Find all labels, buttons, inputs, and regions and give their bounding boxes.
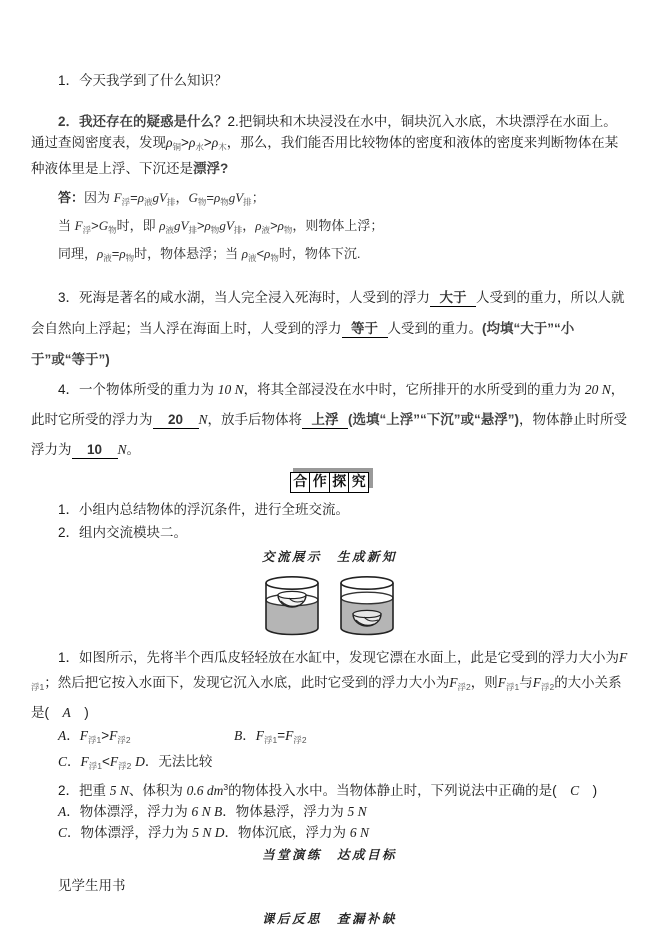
cooperative-items: 1．小组内总结物体的浮沉条件，进行全班交流。 2．组内交流模块二。 (31, 498, 628, 544)
header-char-4: 究 (348, 472, 369, 493)
ex1-option-a: A．F浮1>F浮2 (58, 725, 234, 751)
q4-text-2: N，放手后物体将 (199, 412, 303, 427)
header-char-1: 合 (290, 472, 311, 493)
formula-line-1: 因为 F浮=ρ液gV排，G物=ρ物gV排； (84, 190, 265, 205)
beaker-watermelon-floating-image (261, 574, 323, 638)
q3-blank-answer-2: 等于 (342, 321, 388, 338)
q4-blank-answer-1: 20 (153, 412, 199, 429)
answer-line-1: 答：因为 F浮=ρ液gV排，G物=ρ物gV排； (58, 186, 628, 214)
beaker-figure (31, 574, 628, 638)
q3-blank-answer-1: 大于 (430, 290, 476, 307)
ex1-options-ab: A．F浮1>F浮2B．F浮1=F浮2 (31, 725, 628, 751)
reflect-question-2: 2．我还存在的疑惑是什么？2.把铜块和木块浸没在水中，铜块沉入水底，木块漂浮在水… (31, 111, 628, 179)
q4-blank-answer-2: 上浮 (302, 412, 348, 429)
header-char-3: 探 (329, 472, 350, 493)
script-header-reflect: 课后反思 查漏补缺 (31, 909, 628, 930)
script-header-practice: 当堂演练 达成目标 (31, 845, 628, 866)
ex1-option-b: B．F浮1=F浮2 (234, 728, 307, 743)
beaker-watermelon-sunken-image (336, 574, 398, 638)
q3-text-3: 人受到的重力。 (388, 321, 483, 336)
reflect-question-1: 1．今天我学到了什么知识？ (31, 70, 628, 91)
ex1-options-cd: C．F浮1<F浮2 D．无法比较 (31, 751, 628, 777)
boxed-header: 合 作 探 究 (290, 472, 370, 493)
section-header-cooperative-inquiry: 合 作 探 究 (31, 471, 628, 493)
question-4: 4．一个物体所受的重力为 10 N，将其全部浸没在水中时，它所排开的水所受到的重… (31, 375, 628, 465)
answer-line-3: 同理，ρ液=ρ物时，物体悬浮；当 ρ液<ρ物时，物体下沉. (58, 242, 628, 270)
reflect-q2-heading: 2．我还存在的疑惑是什么？ (58, 114, 228, 129)
q4-text-4: N。 (118, 442, 141, 457)
formula-line-2: 当 F浮>G物时，即 ρ液gV排>ρ物gV排，ρ液>ρ物，则物体上浮； (58, 218, 383, 233)
ex2-options-cd: C．物体漂浮，浮力为 5 N D．物体沉底，浮力为 6 N (31, 822, 628, 843)
formula-line-3: 同理，ρ液=ρ物时，物体悬浮；当 ρ液<ρ物时，物体下沉. (58, 246, 361, 261)
header-char-2: 作 (309, 472, 330, 493)
ex2-options-ab: A．物体漂浮，浮力为 6 N B．物体悬浮，浮力为 5 N (31, 801, 628, 822)
question-3: 3．死海是著名的咸水湖，当人完全浸入死海时，人受到的浮力大于人受到的重力，所以人… (31, 282, 628, 375)
ex2-option-ab: A．物体漂浮，浮力为 6 N B．物体悬浮，浮力为 5 N (58, 804, 367, 819)
answer-line-2: 当 F浮>G物时，即 ρ液gV排>ρ物gV排，ρ液>ρ物，则物体上浮； (58, 214, 628, 242)
q4-blank-answer-3: 10 (72, 442, 118, 459)
ex2-body: 2．把重 5 N、体积为 0.6 dm3的物体投入水中。当物体静止时，下列说法中… (58, 783, 597, 798)
exercise-question-1: 1．如图所示，先将半个西瓜皮轻轻放在水缸中，发现它漂在水面上，此是它受到的浮力大… (31, 645, 628, 725)
answer-block: 答：因为 F浮=ρ液gV排，G物=ρ物gV排； 当 F浮>G物时，即 ρ液gV排… (58, 186, 628, 270)
ex1-option-cd: C．F浮1<F浮2 D．无法比较 (58, 754, 212, 769)
q4-fill-note: (选填“上浮”“下沉”或“悬浮”) (348, 412, 519, 427)
answer-prefix: 答： (58, 190, 84, 205)
exercise-question-2: 2．把重 5 N、体积为 0.6 dm3的物体投入水中。当物体静止时，下列说法中… (31, 777, 628, 801)
coop-item-1: 1．小组内总结物体的浮沉条件，进行全班交流。 (31, 498, 628, 521)
coop-item-2: 2．组内交流模块二。 (31, 521, 628, 544)
worksheet-page: 1．今天我学到了什么知识？ 2．我还存在的疑惑是什么？2.把铜块和木块浸没在水中… (0, 0, 658, 930)
q3-text-1: 3．死海是著名的咸水湖，当人完全浸入死海时，人受到的浮力 (58, 290, 430, 305)
reflect-q2-tail: 漂浮? (193, 161, 228, 176)
script-header-exchange: 交流展示 生成新知 (31, 547, 628, 568)
ex2-option-cd: C．物体漂浮，浮力为 5 N D．物体沉底，浮力为 6 N (58, 825, 369, 840)
see-student-book-note: 见学生用书 (31, 875, 628, 897)
ex1-body: 1．如图所示，先将半个西瓜皮轻轻放在水缸中，发现它漂在水面上，此是它受到的浮力大… (31, 650, 627, 720)
